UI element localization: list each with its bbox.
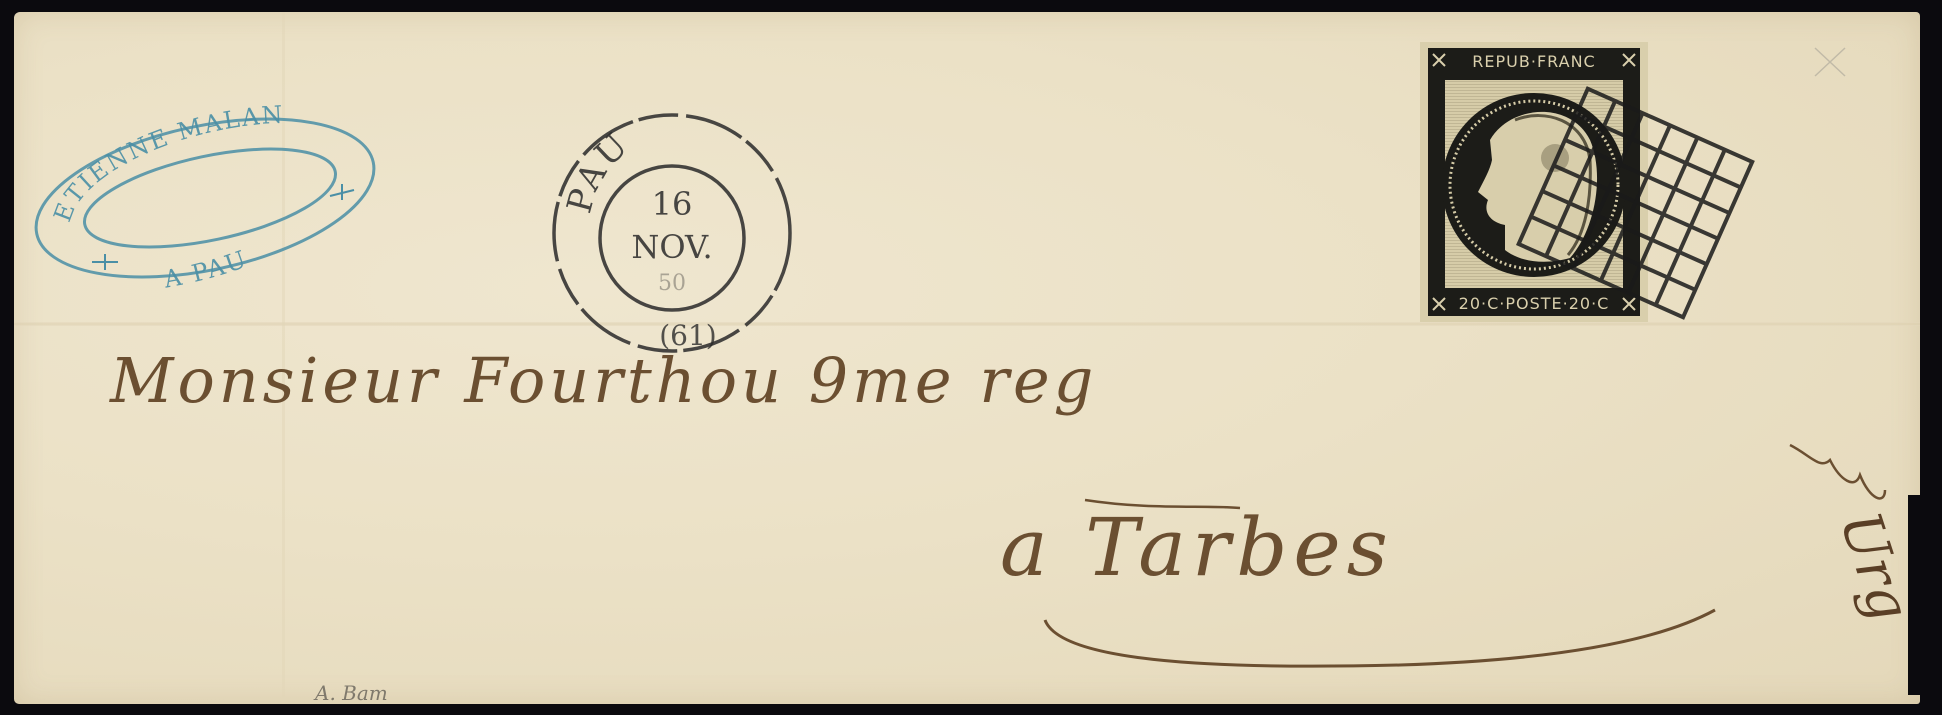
- margin-squiggle: [1790, 445, 1885, 498]
- cover-artwork: ETIENNE MALAN A PAU PAU 16 NOV. 50 (61) …: [0, 0, 1942, 715]
- margin-note: Urg: [1827, 504, 1923, 629]
- cachet-line1: ETIENNE MALAN: [48, 101, 285, 226]
- address-line1: Monsieur Fourthou 9me reg: [109, 344, 1097, 417]
- stamp-bottom-label: 20·C·POSTE·20·C: [1459, 294, 1610, 313]
- pencil-signature: A. Bam: [313, 681, 388, 705]
- underline-flourish: [1045, 610, 1715, 666]
- datestamp-year: 50: [658, 271, 686, 296]
- address-line2: a Tarbes: [1000, 501, 1394, 594]
- cachet-line2: A PAU: [161, 245, 252, 294]
- datestamp-day: 16: [652, 185, 693, 223]
- pencil-x-mark: [1815, 48, 1845, 76]
- datestamp-month: NOV.: [631, 228, 712, 266]
- stamp-top-label: REPUB·FRANC: [1472, 52, 1595, 71]
